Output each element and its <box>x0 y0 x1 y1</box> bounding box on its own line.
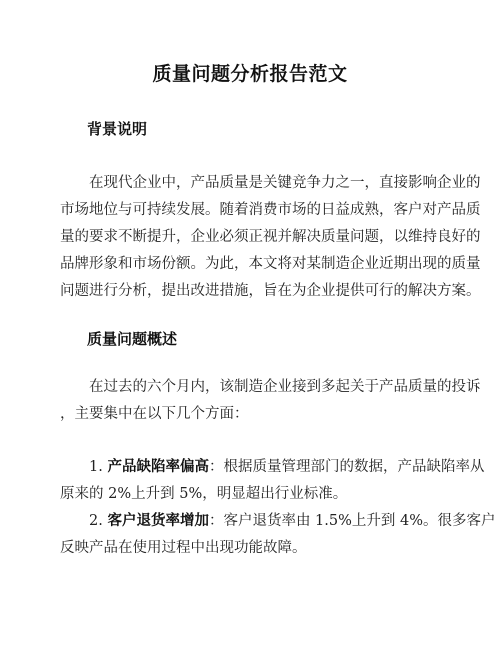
section-heading-background: 背景说明 <box>87 118 147 140</box>
list-item-number: 1. <box>89 459 107 475</box>
list-item-line: 反映产品在使用过程中出现功能故障。 <box>60 535 440 562</box>
list-item-number: 2. <box>89 513 107 529</box>
list-item-return-rate: 2. 客户退货率增加：客户退货率由 1.5%上升到 4%。很多客户 反映产品在使… <box>60 508 440 562</box>
list-item-line: 1. 产品缺陷率偏高：根据质量管理部门的数据，产品缺陷率从 <box>60 454 440 481</box>
list-item-line: 2. 客户退货率增加：客户退货率由 1.5%上升到 4%。很多客户 <box>60 508 440 535</box>
background-paragraph: 在现代企业中，产品质量是关键竞争力之一，直接影响企业的 市场地位与可持续发展。随… <box>60 170 440 305</box>
list-item-separator: ： <box>209 513 224 529</box>
document-title: 质量问题分析报告范文 <box>0 61 500 87</box>
list-item-label: 客户退货率增加 <box>107 513 209 529</box>
section-heading-overview: 质量问题概述 <box>87 328 177 350</box>
overview-intro-paragraph: 在过去的六个月内，该制造企业接到多起关于产品质量的投诉 ，主要集中在以下几个方面… <box>60 374 440 428</box>
paragraph-line: 在过去的六个月内，该制造企业接到多起关于产品质量的投诉 <box>60 374 440 401</box>
paragraph-line: 市场地位与可持续发展。随着消费市场的日益成熟，客户对产品质 <box>60 197 440 224</box>
paragraph-line: 在现代企业中，产品质量是关键竞争力之一，直接影响企业的 <box>60 170 440 197</box>
list-item-line: 原来的 2%上升到 5%，明显超出行业标准。 <box>60 481 440 508</box>
list-item-text: 客户退货率由 1.5%上升到 4%。很多客户 <box>223 513 495 529</box>
list-item-separator: ： <box>209 459 224 475</box>
list-item-text: 根据质量管理部门的数据，产品缺陷率从 <box>223 459 484 475</box>
list-item-defect-rate: 1. 产品缺陷率偏高：根据质量管理部门的数据，产品缺陷率从 原来的 2%上升到 … <box>60 454 440 508</box>
list-item-label: 产品缺陷率偏高 <box>107 459 209 475</box>
paragraph-line: 问题进行分析，提出改进措施，旨在为企业提供可行的解决方案。 <box>60 278 440 305</box>
paragraph-line: 量的要求不断提升，企业必须正视并解决质量问题，以维持良好的 <box>60 224 440 251</box>
paragraph-line: ，主要集中在以下几个方面： <box>60 401 440 428</box>
document-page: 质量问题分析报告范文 背景说明 在现代企业中，产品质量是关键竞争力之一，直接影响… <box>0 0 500 647</box>
paragraph-line: 品牌形象和市场份额。为此，本文将对某制造企业近期出现的质量 <box>60 251 440 278</box>
